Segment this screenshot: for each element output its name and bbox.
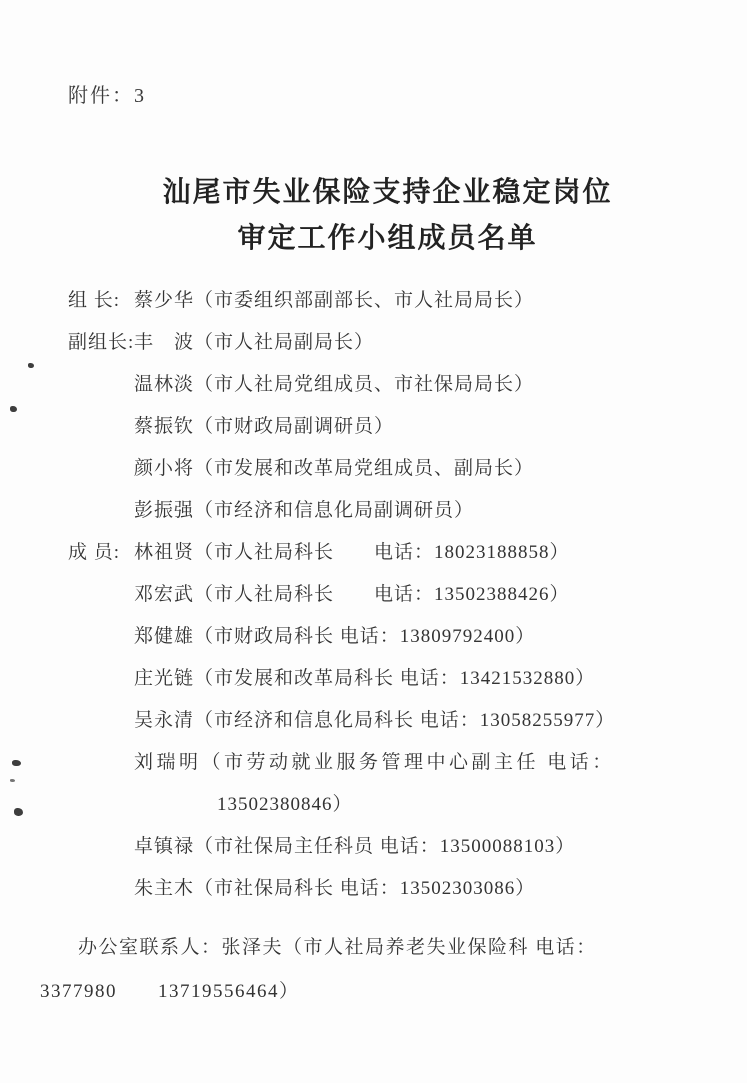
roster-row: 郑健雄（市财政局科长 电话：13809792400）: [68, 616, 707, 658]
member-phone: 13502380846）: [217, 794, 353, 815]
roster-row: 刘瑞明（市劳动就业服务管理中心副主任 电话：: [68, 742, 707, 784]
member-name: 吴永清: [134, 710, 194, 731]
ink-speck: [14, 808, 23, 816]
member-detail: （市人社局党组成员、市社保局局长）: [194, 374, 534, 395]
member-name: 蔡少华: [134, 290, 194, 311]
ink-speck: [10, 406, 17, 412]
member-name: 刘瑞明: [134, 752, 202, 773]
roster-row: 吴永清（市经济和信息化局科长 电话：13058255977）: [68, 700, 707, 742]
roster-row: 颜小将（市发展和改革局党组成员、副局长）: [68, 448, 707, 490]
role-label: 副组长:: [68, 322, 134, 364]
member-detail: （市发展和改革局科长 电话：13421532880）: [194, 668, 595, 689]
roster-row-members-start: 成 员:林祖贤（市人社局科长 电话：18023188858）: [68, 532, 707, 574]
member-name: 邓宏武: [134, 584, 194, 605]
document-title: 汕尾市失业保险支持企业稳定岗位 审定工作小组成员名单: [68, 170, 707, 262]
document-page: 附件：3 汕尾市失业保险支持企业稳定岗位 审定工作小组成员名单 组 长:蔡少华（…: [0, 0, 747, 1083]
office-contact: 办公室联系人：张泽夫（市人社局养老失业保险科 电话： 3377980 13719…: [40, 926, 707, 1014]
member-roster: 组 长:蔡少华（市委组织部副部长、市人社局局长） 副组长:丰 波（市人社局副局长…: [68, 280, 707, 910]
member-detail: （市人社局科长 电话：18023188858）: [194, 542, 570, 563]
ink-speck: [10, 779, 15, 782]
member-name: 颜小将: [134, 458, 194, 479]
roster-row: 朱主木（市社保局科长 电话：13502303086）: [68, 868, 707, 910]
member-name: 林祖贤: [134, 542, 194, 563]
member-name: 庄光链: [134, 668, 194, 689]
member-name: 温林淡: [134, 374, 194, 395]
member-detail: （市人社局科长 电话：13502388426）: [194, 584, 570, 605]
ink-speck: [28, 363, 34, 368]
member-detail: （市发展和改革局党组成员、副局长）: [194, 458, 534, 479]
member-name: 郑健雄: [134, 626, 194, 647]
roster-row: 温林淡（市人社局党组成员、市社保局局长）: [68, 364, 707, 406]
roster-row: 蔡振钦（市财政局副调研员）: [68, 406, 707, 448]
member-name: 丰 波: [134, 332, 194, 353]
role-label: 组 长:: [68, 280, 134, 322]
member-name: 朱主木: [134, 878, 194, 899]
ink-speck: [12, 760, 21, 766]
member-detail: （市人社局副局长）: [194, 332, 374, 353]
phone-continuation-line: 13502380846）: [68, 784, 707, 826]
roster-row: 邓宏武（市人社局科长 电话：13502388426）: [68, 574, 707, 616]
member-detail: （市社保局主任科员 电话：13500088103）: [194, 836, 575, 857]
roster-row: 彭振强（市经济和信息化局副调研员）: [68, 490, 707, 532]
member-detail: （市社保局科长 电话：13502303086）: [194, 878, 535, 899]
member-name: 蔡振钦: [134, 416, 194, 437]
attachment-label: 附件：3: [68, 82, 707, 110]
member-detail: （市经济和信息化局副调研员）: [194, 500, 474, 521]
member-detail: （市委组织部副部长、市人社局局长）: [194, 290, 534, 311]
document-content: 附件：3 汕尾市失业保险支持企业稳定岗位 审定工作小组成员名单 组 长:蔡少华（…: [0, 82, 747, 1014]
member-detail: （市财政局副调研员）: [194, 416, 394, 437]
role-label: 成 员:: [68, 532, 134, 574]
roster-row-leader: 组 长:蔡少华（市委组织部副部长、市人社局局长）: [68, 280, 707, 322]
roster-row: 卓镇禄（市社保局主任科员 电话：13500088103）: [68, 826, 707, 868]
roster-row-deputy: 副组长:丰 波（市人社局副局长）: [68, 322, 707, 364]
office-contact-line-2: 3377980 13719556464）: [40, 970, 707, 1014]
roster-row: 庄光链（市发展和改革局科长 电话：13421532880）: [68, 658, 707, 700]
member-detail: （市经济和信息化局科长 电话：13058255977）: [194, 710, 615, 731]
member-name: 卓镇禄: [134, 836, 194, 857]
member-name: 彭振强: [134, 500, 194, 521]
member-detail: （市劳动就业服务管理中心副主任 电话：: [202, 752, 615, 773]
title-line-1: 汕尾市失业保险支持企业稳定岗位: [68, 170, 707, 216]
member-detail: （市财政局科长 电话：13809792400）: [194, 626, 535, 647]
office-contact-line-1: 办公室联系人：张泽夫（市人社局养老失业保险科 电话：: [40, 926, 707, 970]
title-line-2: 审定工作小组成员名单: [68, 216, 707, 262]
